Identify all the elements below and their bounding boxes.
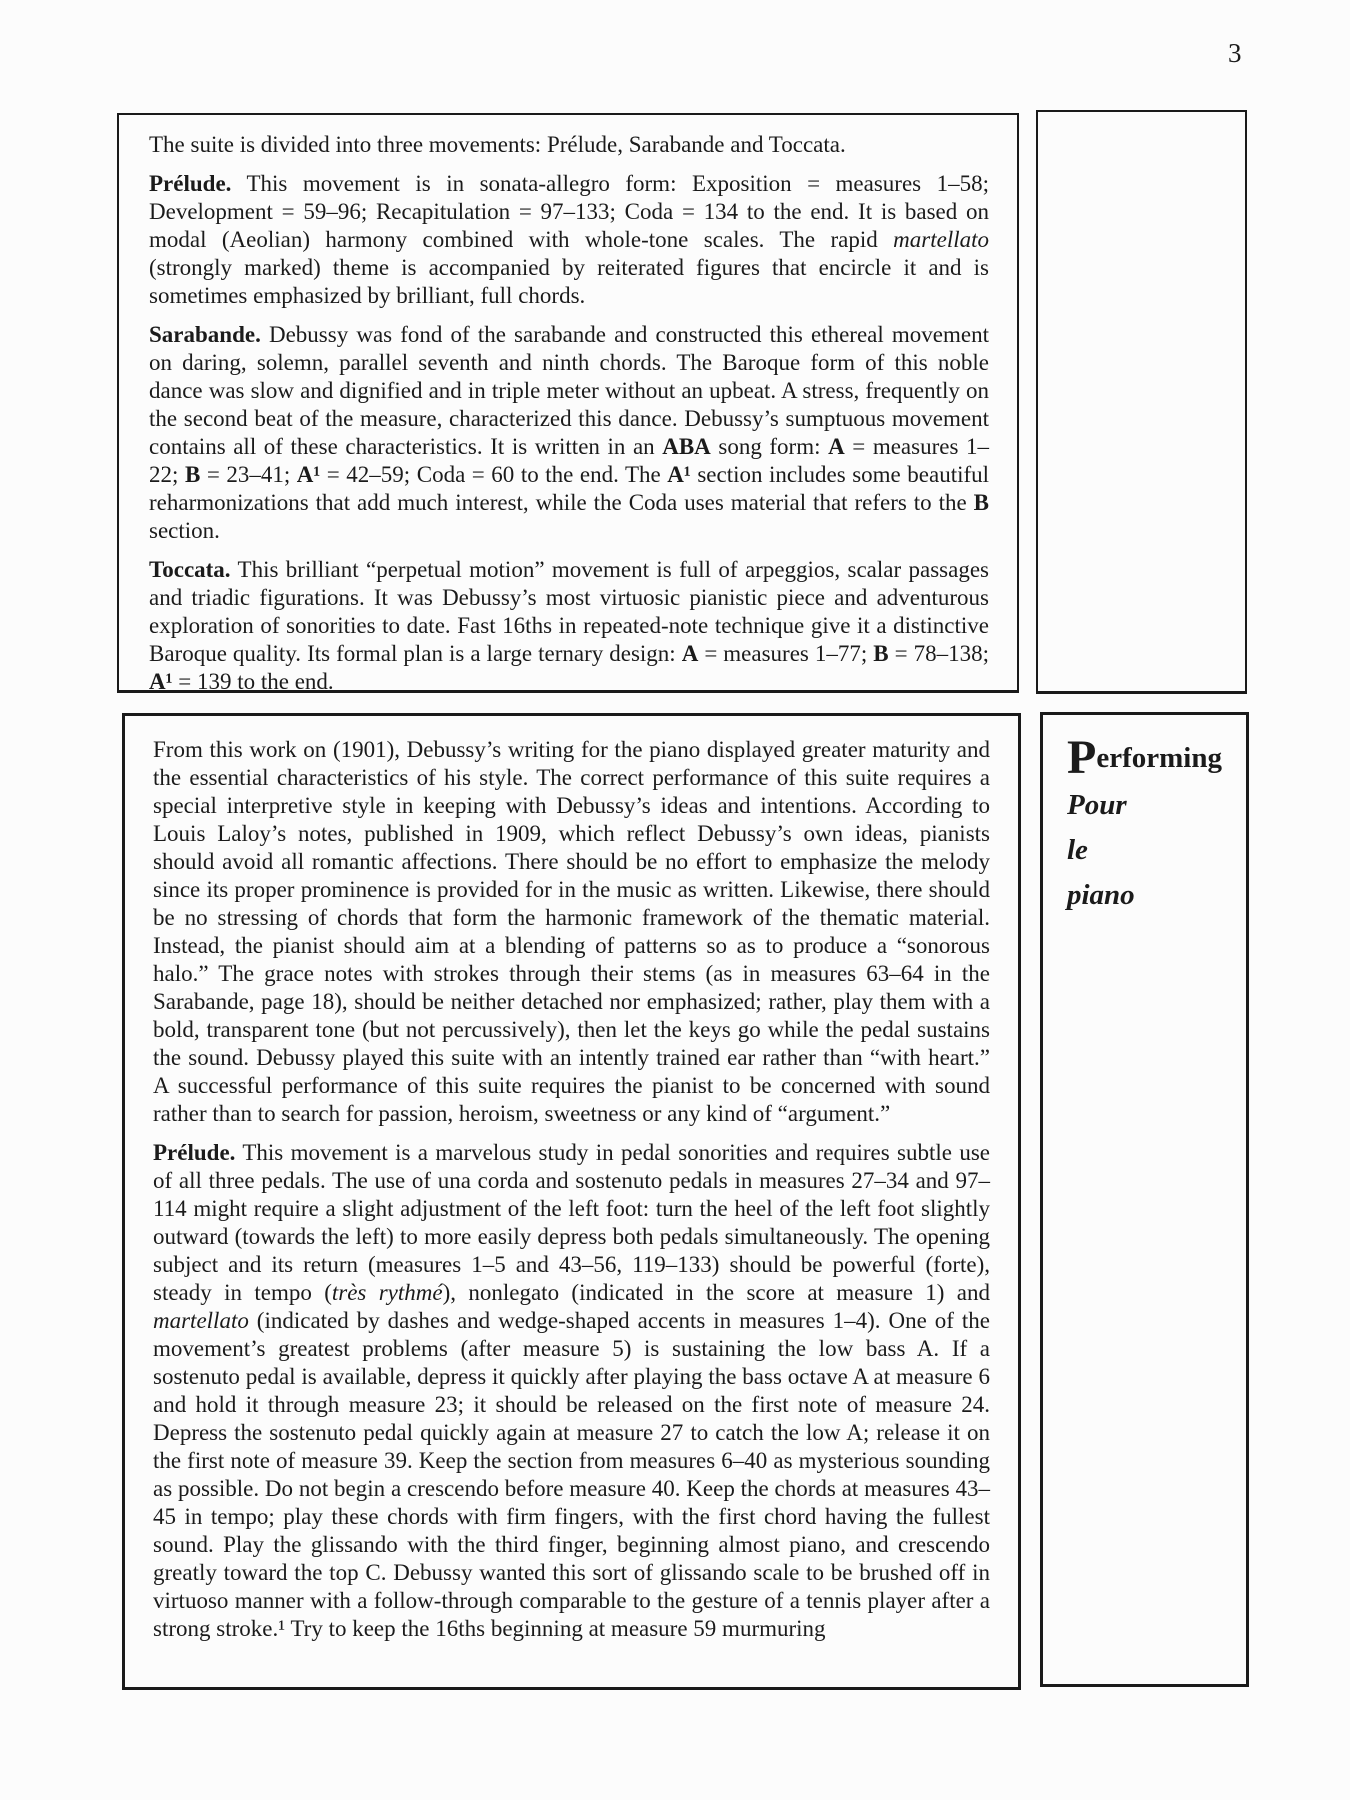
paragraph: The suite is divided into three movement… [149, 131, 989, 159]
performing-section-box: From this work on (1901), Debussy’s writ… [122, 713, 1021, 1690]
text-segment: This movement is in sonata-allegro form:… [149, 171, 989, 252]
text-segment: très rythmé [332, 1280, 443, 1305]
sidebar-heading-rest: erforming [1096, 742, 1222, 774]
text-segment: A¹ [297, 462, 321, 487]
sidebar-work-title-line-1: Pour [1067, 791, 1230, 820]
text-segment: ABA [662, 434, 711, 459]
text-segment: = measures 1–77; [698, 641, 873, 666]
page-number: 3 [1228, 38, 1242, 69]
text-segment: B [873, 641, 888, 666]
paragraph: Sarabande. Debussy was fond of the sarab… [149, 321, 989, 545]
paragraph: Prélude. This movement is a marvelous st… [153, 1139, 990, 1643]
suite-overview-box: The suite is divided into three movement… [117, 113, 1019, 693]
text-segment: = 139 to the end. [173, 669, 334, 694]
text-segment: B [185, 462, 200, 487]
text-segment: A¹ [149, 669, 173, 694]
top-margin-box [1036, 110, 1247, 694]
text-segment: martellato [153, 1308, 249, 1333]
text-segment: = 78–138; [889, 641, 989, 666]
text-segment: martellato [893, 227, 989, 252]
paragraph: Prélude. This movement is in sonata-alle… [149, 170, 989, 310]
text-segment: The suite is divided into three movement… [149, 132, 846, 157]
text-segment: Prélude. [149, 171, 231, 196]
sidebar-heading: Performing [1067, 739, 1230, 777]
performing-sidebar-box: Performing Pour le piano [1040, 712, 1249, 1687]
sidebar-work-title-line-2: le [1067, 836, 1230, 865]
text-segment: Sarabande. [149, 322, 261, 347]
text-segment: = 23–41; [200, 462, 296, 487]
sidebar-work-title-line-3: piano [1067, 881, 1230, 910]
text-segment: = 42–59; Coda = 60 to the end. The [320, 462, 667, 487]
text-segment: (strongly marked) theme is accompanied b… [149, 255, 989, 308]
text-segment: Toccata. [149, 557, 231, 582]
text-segment: ), nonlegato (indicated in the score at … [443, 1280, 990, 1305]
paragraph: From this work on (1901), Debussy’s writ… [153, 736, 990, 1128]
text-segment: section. [149, 518, 220, 543]
text-segment: Prélude. [153, 1140, 235, 1165]
paragraph: Toccata. This brilliant “perpetual motio… [149, 556, 989, 696]
text-segment: B [974, 490, 989, 515]
text-segment: A [682, 641, 699, 666]
text-segment: A [828, 434, 845, 459]
sidebar-heading-initial: P [1067, 731, 1096, 784]
text-segment: song form: [711, 434, 828, 459]
text-segment: (indicated by dashes and wedge-shaped ac… [153, 1308, 990, 1641]
text-segment: A¹ [667, 462, 691, 487]
text-segment: From this work on (1901), Debussy’s writ… [153, 737, 990, 1126]
